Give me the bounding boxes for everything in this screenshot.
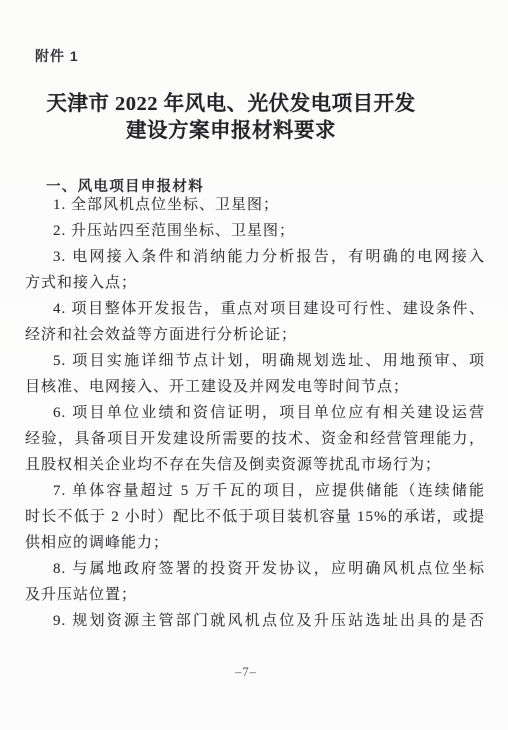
requirement-line: 及升压站位置； — [25, 582, 485, 608]
document-title-line-2: 建设方案申报材料要求 — [0, 118, 462, 145]
requirement-line: 时长不低于 2 小时）配比不低于项目装机容量 15%的承诺，或提 — [25, 504, 485, 530]
requirement-line: 1. 全部风机点位坐标、卫星图； — [25, 192, 485, 218]
requirement-line: 9. 规划资源主管部门就风机点位及升压站选址出具的是否 — [25, 608, 485, 634]
document-title: 天津市 2022 年风电、光伏发电项目开发 建设方案申报材料要求 — [0, 91, 462, 144]
requirement-line: 3. 电网接入条件和消纳能力分析报告，有明确的电网接入 — [25, 244, 485, 270]
document-page: 附件 1 天津市 2022 年风电、光伏发电项目开发 建设方案申报材料要求 一、… — [0, 0, 508, 730]
document-title-line-1: 天津市 2022 年风电、光伏发电项目开发 — [0, 91, 462, 118]
requirement-line: 5. 项目实施详细节点计划，明确规划选址、用地预审、项 — [25, 348, 485, 374]
requirement-line: 方式和接入点； — [25, 270, 485, 296]
attachment-label: 附件 1 — [35, 46, 79, 66]
requirement-line: 供相应的调峰能力； — [25, 530, 485, 556]
requirement-line: 4. 项目整体开发报告，重点对项目建设可行性、建设条件、 — [25, 296, 485, 322]
requirement-line: 且股权相关企业均不存在失信及倒卖资源等扰乱市场行为； — [25, 452, 485, 478]
requirement-line: 7. 单体容量超过 5 万千瓦的项目，应提供储能（连续储能 — [25, 478, 485, 504]
requirement-line: 目核准、电网接入、开工建设及并网发电等时间节点； — [25, 374, 485, 400]
requirement-line: 经济和社会效益等方面进行分析论证； — [25, 322, 485, 348]
requirement-line: 8. 与属地政府签署的投资开发协议，应明确风机点位坐标 — [25, 556, 485, 582]
requirement-line: 6. 项目单位业绩和资信证明，项目单位应有相关建设运营 — [25, 400, 485, 426]
page-number: –7– — [0, 665, 492, 680]
requirement-line: 经验，具备项目开发建设所需要的技术、资金和经营管理能力， — [25, 426, 485, 452]
requirement-line: 2. 升压站四至范围坐标、卫星图； — [25, 218, 485, 244]
requirements-list: 1. 全部风机点位坐标、卫星图； 2. 升压站四至范围坐标、卫星图； 3. 电网… — [25, 192, 485, 634]
